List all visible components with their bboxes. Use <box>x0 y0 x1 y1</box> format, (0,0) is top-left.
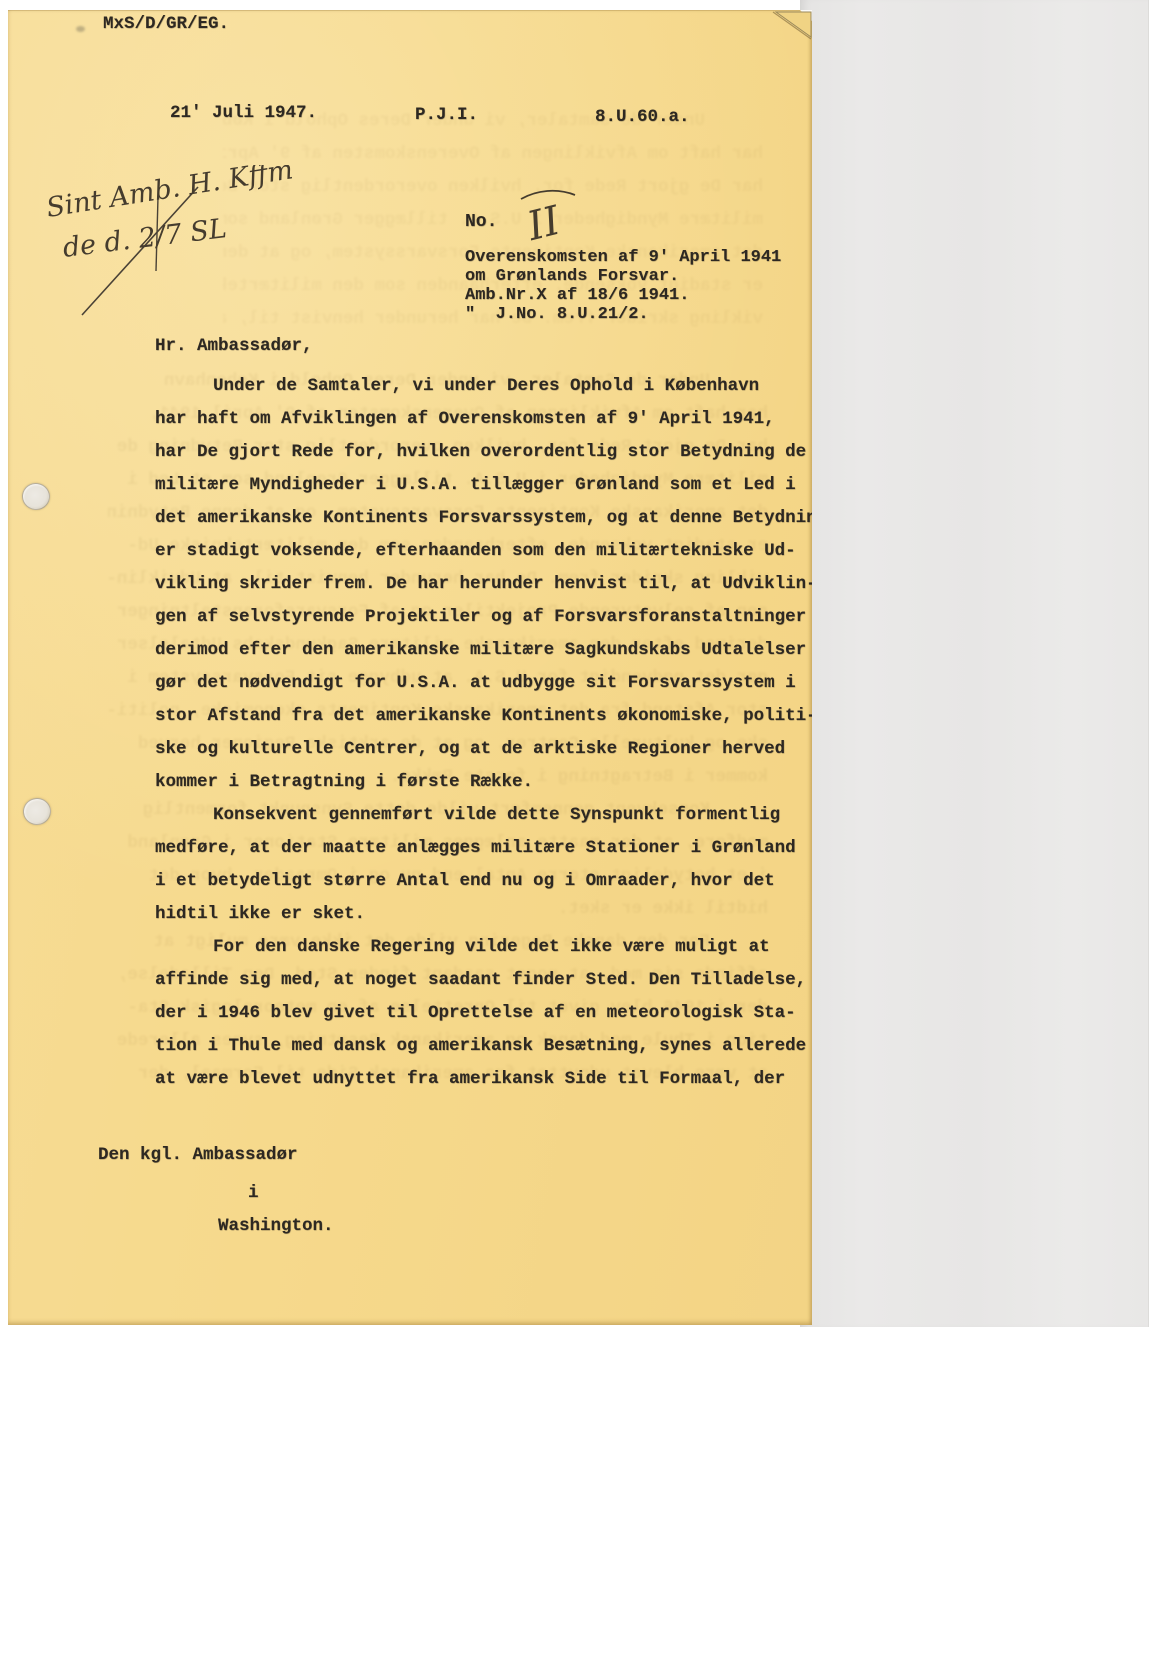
punch-hole-top <box>20 481 51 512</box>
body-text: Under de Samtaler, vi under Deres Ophold… <box>155 370 812 1096</box>
typed-line: Konsekvent gennemført vilde dette Synspu… <box>155 799 812 832</box>
typed-line: ske og kulturelle Centrer, og at de arkt… <box>155 733 812 766</box>
subject-line: om Grønlands Forsvar. <box>465 267 781 286</box>
corner-fold <box>764 10 812 46</box>
punch-hole-bottom <box>22 797 53 827</box>
typed-line: medføre, at der maatte anlægges militære… <box>155 832 812 865</box>
typed-line: vikling skrider frem. De har herunder he… <box>155 568 812 601</box>
typist-initials: P.J.I. <box>415 105 478 125</box>
letter-date: 21' Juli 1947. <box>170 103 317 123</box>
handwritten-annotation: Sint Amb. H. Kffm de d. 2/7 SL <box>30 165 320 335</box>
typed-line: gør det nødvendigt for U.S.A. at udbygge… <box>155 667 812 700</box>
typed-line: hidtil ikke er sket. <box>155 898 812 931</box>
closing-connector: i <box>248 1183 259 1203</box>
typed-line: er stadigt voksende, efterhaanden som de… <box>155 535 812 568</box>
file-code: MxS/D/GR/EG. <box>103 14 229 34</box>
typed-line: har haft om Afviklingen af Overenskomste… <box>155 403 812 436</box>
typed-line: der i 1946 blev givet til Oprettelse af … <box>155 997 812 1030</box>
ink-smudge <box>76 26 85 32</box>
subject-line: " J.No. 8.U.21/2. <box>465 305 781 324</box>
annotation-line-1: Sint Amb. H. Kffm <box>44 165 295 224</box>
typed-line: gen af selvstyrende Projektiler og af Fo… <box>155 601 812 634</box>
number-value-handwritten: II <box>513 185 583 247</box>
subject-line: Overenskomsten af 9' April 1941 <box>465 248 781 267</box>
typed-line: For den danske Regering vilde det ikke v… <box>155 931 812 964</box>
typed-line: derimod efter den amerikanske militære S… <box>155 634 812 667</box>
number-label: No. <box>465 212 497 232</box>
closing-city: Washington. <box>218 1216 334 1236</box>
journal-number: 8.U.60.a. <box>595 107 690 127</box>
typed-line: affinde sig med, at noget saadant finder… <box>155 964 812 997</box>
typed-line: har De gjort Rede for, hvilken overorden… <box>155 436 812 469</box>
salutation: Hr. Ambassadør, <box>155 336 313 356</box>
letter-paper: Under de Samtaler, vi under Deres Ophold… <box>8 10 812 1325</box>
typed-line: Under de Samtaler, vi under Deres Ophold… <box>155 370 812 403</box>
annotation-line-2: de d. 2/7 SL <box>61 213 228 264</box>
subject-block: Overenskomsten af 9' April 1941om Grønla… <box>465 248 781 324</box>
typed-line: det amerikanske Kontinents Forsvarssyste… <box>155 502 812 535</box>
typed-line: militære Myndigheder i U.S.A. tillægger … <box>155 469 812 502</box>
subject-line: Amb.Nr.X af 18/6 1941. <box>465 286 781 305</box>
typed-line: tion i Thule med dansk og amerikansk Bes… <box>155 1030 812 1063</box>
typed-line: at være blevet udnyttet fra amerikansk S… <box>155 1063 812 1096</box>
scan-backdrop <box>800 0 1149 1327</box>
typed-line: stor Afstand fra det amerikanske Kontine… <box>155 700 812 733</box>
closing-addressee: Den kgl. Ambassadør <box>98 1145 298 1165</box>
typed-line: kommer i Betragtning i første Række. <box>155 766 812 799</box>
svg-text:II: II <box>522 197 566 247</box>
typed-line: i et betydeligt større Antal end nu og i… <box>155 865 812 898</box>
